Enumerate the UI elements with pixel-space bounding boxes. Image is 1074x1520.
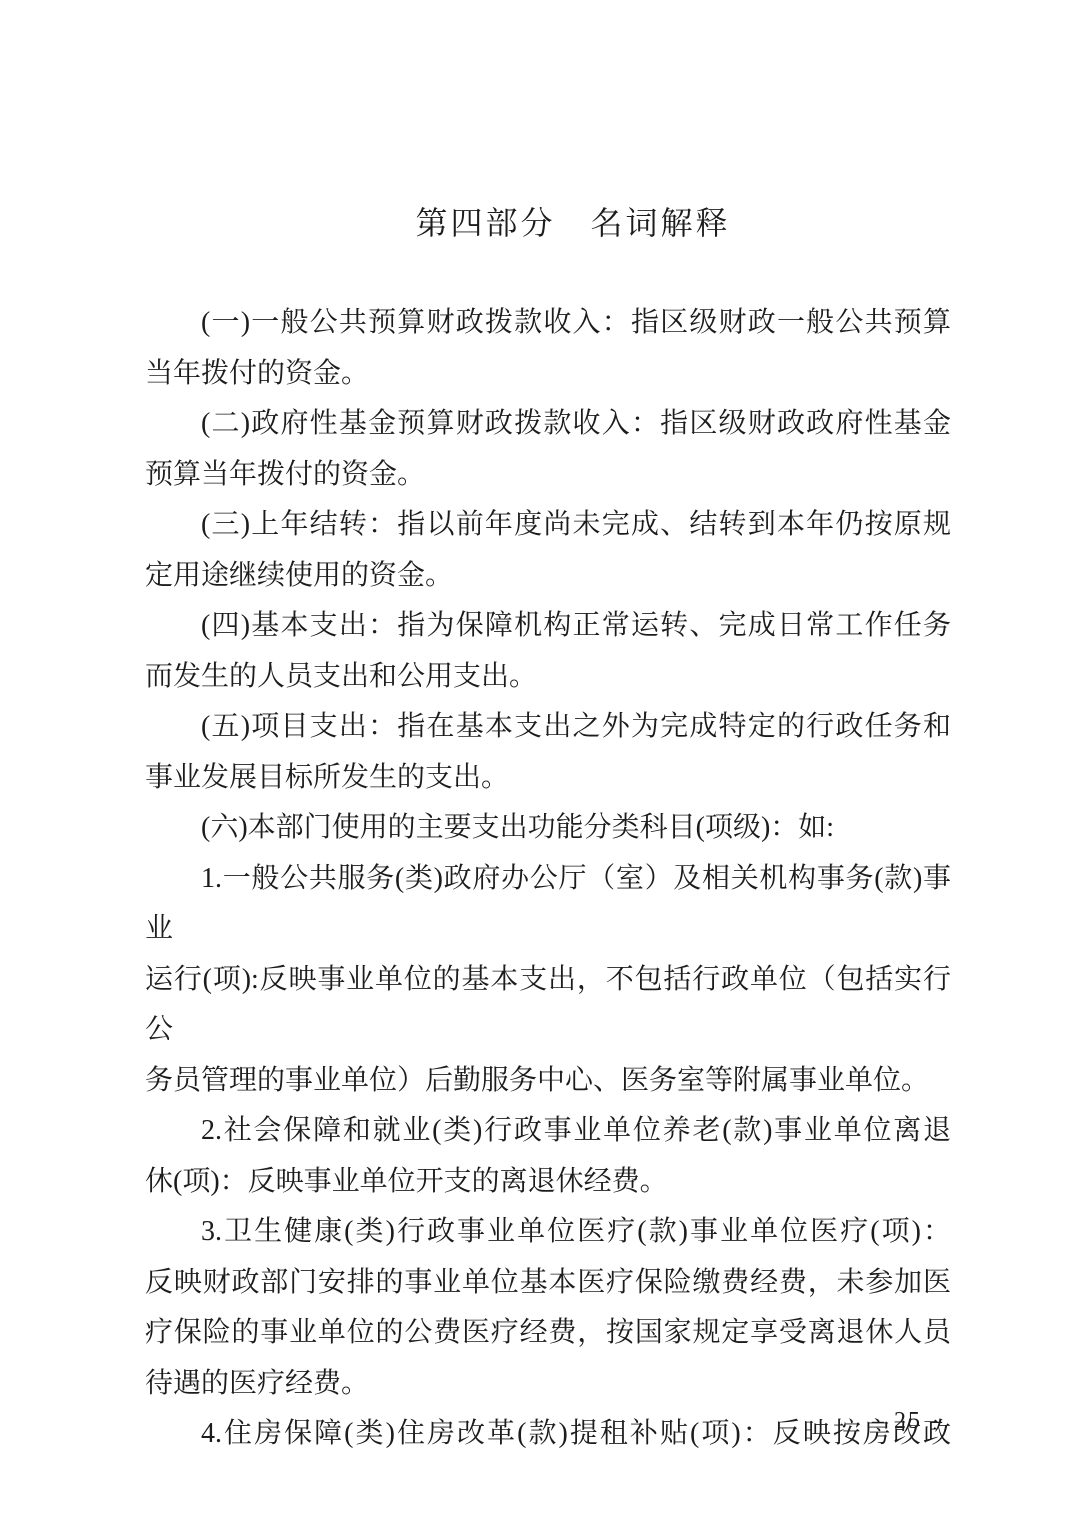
- paragraph-5: (五)项目支出：指在基本支出之外为完成特定的行政任务和事业发展目标所发生的支出。: [145, 702, 951, 803]
- paragraph-2: (二)政府性基金预算财政拨款收入：指区级财政政府性基金预算当年拨付的资金。: [145, 399, 951, 500]
- text-line: 休(项)：反映事业单位开支的离退休经费。: [145, 1157, 951, 1208]
- text-line: (六)本部门使用的主要支出功能分类科目(项级)：如:: [145, 803, 951, 854]
- text-line: (三)上年结转：指以前年度尚未完成、结转到本年仍按原规: [145, 500, 951, 551]
- text-line: 务员管理的事业单位）后勤服务中心、医务室等附属事业单位。: [145, 1056, 951, 1107]
- text-line: 疗保险的事业单位的公费医疗经费，按国家规定享受离退休人员: [145, 1308, 951, 1359]
- text-line: 反映财政部门安排的事业单位基本医疗保险缴费经费，未参加医: [145, 1258, 951, 1309]
- paragraph-8: 2.社会保障和就业(类)行政事业单位养老(款)事业单位离退休(项)：反映事业单位…: [145, 1106, 951, 1207]
- text-line: 4.住房保障(类)住房改革(款)提租补贴(项)：反映按房改政: [145, 1409, 951, 1460]
- text-line: 预算当年拨付的资金。: [145, 450, 951, 501]
- text-line: (四)基本支出：指为保障机构正常运转、完成日常工作任务: [145, 601, 951, 652]
- text-line: (二)政府性基金预算财政拨款收入：指区级财政政府性基金: [145, 399, 951, 450]
- text-line: (五)项目支出：指在基本支出之外为完成特定的行政任务和: [145, 702, 951, 753]
- text-line: 事业发展目标所发生的支出。: [145, 753, 951, 804]
- paragraph-1: (一)一般公共预算财政拨款收入：指区级财政一般公共预算当年拨付的资金。: [145, 298, 951, 399]
- paragraph-10: 4.住房保障(类)住房改革(款)提租补贴(项)：反映按房改政: [145, 1409, 951, 1460]
- document-page: 第四部分 名词解释 (一)一般公共预算财政拨款收入：指区级财政一般公共预算当年拨…: [0, 0, 1074, 1520]
- paragraph-3: (三)上年结转：指以前年度尚未完成、结转到本年仍按原规定用途继续使用的资金。: [145, 500, 951, 601]
- paragraph-7: 1.一般公共服务(类)政府办公厅（室）及相关机构事务(款)事业运行(项):反映事…: [145, 854, 951, 1107]
- document-body: (一)一般公共预算财政拨款收入：指区级财政一般公共预算当年拨付的资金。(二)政府…: [145, 298, 951, 1460]
- text-line: 2.社会保障和就业(类)行政事业单位养老(款)事业单位离退: [145, 1106, 951, 1157]
- text-line: 1.一般公共服务(类)政府办公厅（室）及相关机构事务(款)事业: [145, 854, 951, 955]
- text-line: 定用途继续使用的资金。: [145, 551, 951, 602]
- page-number: – 25 –: [872, 1408, 944, 1435]
- text-line: 当年拨付的资金。: [145, 349, 951, 400]
- paragraph-9: 3.卫生健康(类)行政事业单位医疗(款)事业单位医疗(项)：反映财政部门安排的事…: [145, 1207, 951, 1409]
- text-line: 运行(项):反映事业单位的基本支出，不包括行政单位（包括实行公: [145, 955, 951, 1056]
- text-line: 而发生的人员支出和公用支出。: [145, 652, 951, 703]
- paragraph-6: (六)本部门使用的主要支出功能分类科目(项级)：如:: [145, 803, 951, 854]
- text-line: 3.卫生健康(类)行政事业单位医疗(款)事业单位医疗(项)：: [145, 1207, 951, 1258]
- text-line: 待遇的医疗经费。: [145, 1359, 951, 1410]
- paragraph-4: (四)基本支出：指为保障机构正常运转、完成日常工作任务而发生的人员支出和公用支出…: [145, 601, 951, 702]
- page-title: 第四部分 名词解释: [0, 198, 1074, 244]
- text-line: (一)一般公共预算财政拨款收入：指区级财政一般公共预算: [145, 298, 951, 349]
